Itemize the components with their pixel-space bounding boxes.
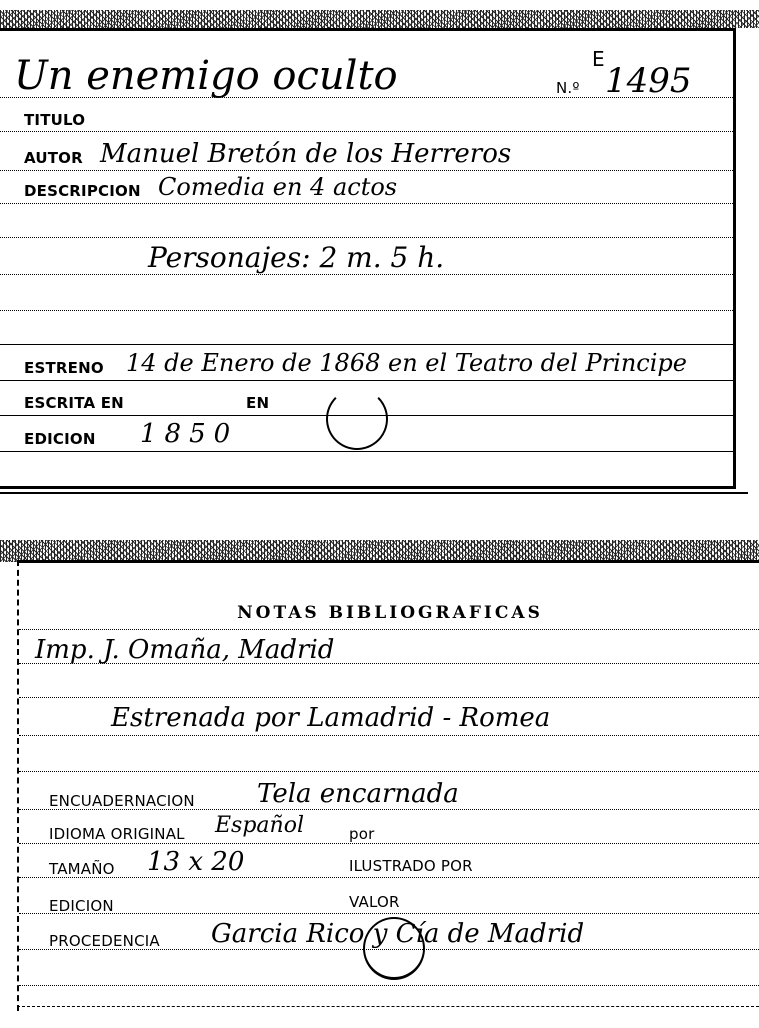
idioma-original-label: IDIOMA ORIGINAL bbox=[49, 825, 185, 843]
estreno-label: ESTRENO bbox=[24, 359, 104, 377]
number-value: 1495 bbox=[605, 61, 692, 101]
ilustrado-por-label: ILUSTRADO POR bbox=[349, 857, 473, 875]
rule-line bbox=[19, 985, 759, 986]
punch-hole-mark bbox=[363, 917, 425, 980]
rule-line bbox=[19, 809, 759, 810]
estreno-value: 14 de Enero de 1868 en el Teatro del Pri… bbox=[126, 349, 687, 377]
number-prefix: E bbox=[592, 47, 605, 71]
rule-line bbox=[0, 237, 733, 238]
catalog-card-back: NOTAS BIBLIOGRAFICAS Imp. J. Omaña, Madr… bbox=[17, 560, 759, 1011]
note-imprenta: Imp. J. Omaña, Madrid bbox=[35, 635, 334, 665]
procedencia-label: PROCEDENCIA bbox=[49, 932, 160, 950]
rule-line bbox=[19, 913, 759, 914]
rule-line bbox=[0, 344, 733, 345]
notas-heading: NOTAS BIBLIOGRAFICAS bbox=[19, 603, 759, 623]
descripcion-label: DESCRIPCION bbox=[24, 182, 141, 200]
scan-edge-noise-top bbox=[0, 10, 759, 28]
personajes-value: Personajes: 2 m. 5 h. bbox=[148, 241, 444, 274]
descripcion-value: Comedia en 4 actos bbox=[158, 173, 397, 201]
punch-hole-mark bbox=[326, 388, 388, 450]
rule-line bbox=[19, 877, 759, 878]
encuadernacion-label: ENCUADERNACION bbox=[49, 792, 195, 810]
tamano-label: TAMAÑO bbox=[49, 860, 115, 878]
autor-label: AUTOR bbox=[24, 149, 83, 167]
rule-line bbox=[19, 663, 759, 664]
por-label: por bbox=[349, 825, 374, 843]
title-value: Un enemigo oculto bbox=[14, 53, 398, 99]
tamano-value: 13 x 20 bbox=[147, 847, 244, 877]
idioma-original-value: Español bbox=[215, 813, 304, 838]
edicion-label: EDICION bbox=[24, 430, 96, 448]
escrita-en-label: ESCRITA EN bbox=[24, 394, 124, 412]
titulo-label: TITULO bbox=[24, 111, 85, 129]
rule-line bbox=[0, 380, 733, 381]
encuadernacion-value: Tela encarnada bbox=[257, 779, 459, 809]
note-estrenada: Estrenada por Lamadrid - Romea bbox=[111, 703, 550, 733]
rule-line bbox=[19, 697, 759, 698]
rule-line bbox=[0, 131, 733, 132]
rule-line bbox=[0, 97, 733, 98]
autor-value: Manuel Bretón de los Herreros bbox=[100, 139, 511, 169]
card-divider bbox=[0, 492, 748, 494]
catalog-card-front: Un enemigo oculto N.º E 1495 TITULO AUTO… bbox=[0, 28, 736, 489]
rule-line bbox=[19, 735, 759, 736]
rule-line bbox=[0, 170, 733, 171]
rule-line bbox=[0, 203, 733, 204]
number-label: N.º bbox=[556, 79, 580, 97]
rule-line bbox=[0, 310, 733, 311]
card-bottom-edge bbox=[17, 1006, 759, 1007]
scan-edge-noise-bottom bbox=[0, 540, 759, 562]
edicion-value: 1850 bbox=[140, 419, 238, 449]
en-label: EN bbox=[246, 394, 269, 412]
valor-label: VALOR bbox=[349, 893, 400, 911]
rule-line bbox=[0, 451, 733, 452]
rule-line bbox=[0, 274, 733, 275]
rule-line bbox=[19, 771, 759, 772]
rule-line bbox=[19, 629, 759, 630]
rule-line bbox=[19, 843, 759, 844]
